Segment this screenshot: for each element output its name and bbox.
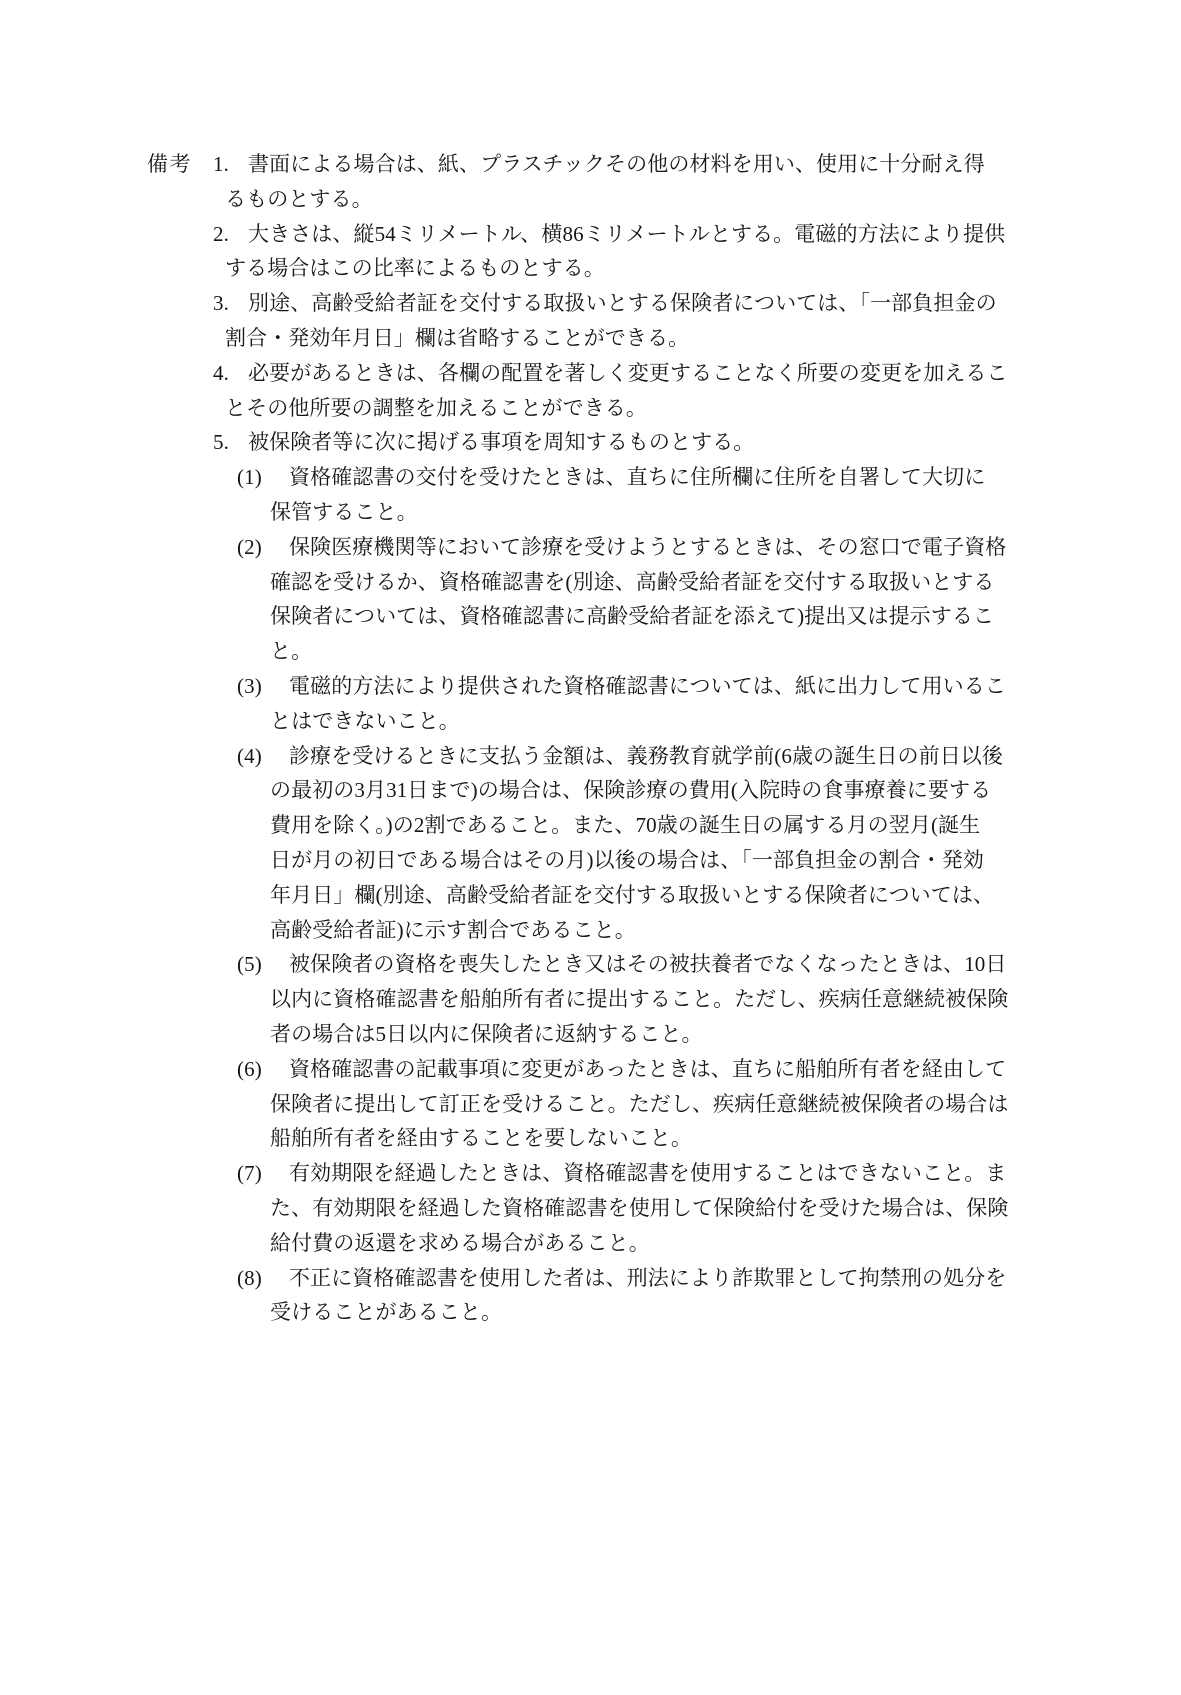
item-number: 3. [213,286,248,321]
item-number: 1. [213,147,248,182]
remark-subitem-8: (8)不正に資格確認書を使用した者は、刑法により詐欺罪として拘禁刑の処分を [237,1261,1181,1296]
text-line: 船舶所有者を経由することを要しないこと。 [270,1126,692,1150]
remark-subitem-4-cont: 高齢受給者証)に示す割合であること。 [270,913,1181,948]
remark-subitem-6: (6)資格確認書の記載事項に変更があったときは、直ちに船舶所有者を経由して [237,1052,1181,1087]
text-line: 割合・発効年月日」欄は省略することができる。 [225,326,689,350]
remark-subitem-2-cont: 保険者については、資格確認書に高齢受給者証を添えて)提出又は提示するこ [270,599,1181,634]
text-line: 別途、高齢受給者証を交付する取扱いとする保険者については、「一部負担金の [248,291,997,315]
text-line: 保険医療機関等において診療を受けようとするときは、その窓口で電子資格 [289,535,1006,559]
text-line: 資格確認書の交付を受けたときは、直ちに住所欄に住所を自署して大切に [289,465,985,489]
subitem-number: (3) [237,669,289,704]
remark-subitem-2-cont: と。 [270,634,1181,669]
text-line: 確認を受けるか、資格確認書を(別途、高齢受給者証を交付する取扱いとする [270,570,995,594]
text-line: 給付費の返還を求める場合があること。 [270,1231,650,1255]
text-line: とはできないこと。 [270,709,460,733]
text-line: 者の場合は5日以内に保険者に返納すること。 [270,1022,703,1046]
text-line: 不正に資格確認書を使用した者は、刑法により詐欺罪として拘禁刑の処分を [289,1266,1006,1290]
remarks-items: 1.書面による場合は、紙、プラスチックその他の材料を用い、使用に十分耐え得るもの… [0,147,1181,1330]
subitem-number: (5) [237,947,289,982]
remarks-label: 備考 [147,147,192,182]
remark-subitem-4-cont: 年月日」欄(別途、高齢受給者証を交付する取扱いとする保険者については、 [270,878,1181,913]
text-line: する場合はこの比率によるものとする。 [225,256,605,280]
remark-item-5: 5.被保険者等に次に掲げる事項を周知するものとする。 [213,425,1181,460]
remark-subitem-7: (7)有効期限を経過したときは、資格確認書を使用することはできないこと。ま [237,1156,1181,1191]
text-line: 書面による場合は、紙、プラスチックその他の材料を用い、使用に十分耐え得 [248,152,985,176]
text-line: 年月日」欄(別途、高齢受給者証を交付する取扱いとする保険者については、 [270,883,994,907]
remark-subitem-5: (5)被保険者の資格を喪失したとき又はその被扶養者でなくなったときは、10日 [237,947,1181,982]
subitem-number: (8) [237,1261,289,1296]
remark-subitem-6-cont: 船舶所有者を経由することを要しないこと。 [270,1121,1181,1156]
text-line: とその他所要の調整を加えることができる。 [225,396,647,420]
subitem-number: (7) [237,1156,289,1191]
remark-item-1-cont: るものとする。 [225,182,1181,217]
remark-item-2-cont: する場合はこの比率によるものとする。 [225,251,1181,286]
text-line: 必要があるときは、各欄の配置を著しく変更することなく所要の変更を加えるこ [248,361,1008,385]
text-line: と。 [270,639,312,663]
remark-subitem-4: (4)診療を受けるときに支払う金額は、義務教育就学前(6歳の誕生日の前日以後 [237,739,1181,774]
text-line: 保管すること。 [270,500,418,524]
text-line: 電磁的方法により提供された資格確認書については、紙に出力して用いるこ [289,674,1006,698]
remark-subitem-5-cont: 者の場合は5日以内に保険者に返納すること。 [270,1017,1181,1052]
remark-subitem-3-cont: とはできないこと。 [270,704,1181,739]
remark-subitem-7-cont: 給付費の返還を求める場合があること。 [270,1226,1181,1261]
subitem-number: (4) [237,739,289,774]
document-page: 備考 1.書面による場合は、紙、プラスチックその他の材料を用い、使用に十分耐え得… [0,0,1181,1695]
text-line: 日が月の初日である場合はその月)以後の場合は、「一部負担金の割合・発効 [270,848,984,872]
item-number: 2. [213,217,248,252]
item-number: 5. [213,425,248,460]
text-line: 以内に資格確認書を船舶所有者に提出すること。ただし、疾病任意継続被保険 [270,987,1009,1011]
remark-item-3: 3.別途、高齢受給者証を交付する取扱いとする保険者については、「一部負担金の [213,286,1181,321]
item-number: 4. [213,356,248,391]
remark-subitem-2: (2)保険医療機関等において診療を受けようとするときは、その窓口で電子資格 [237,530,1181,565]
remark-subitem-4-cont: の最初の3月31日まで)の場合は、保険診療の費用(入院時の食事療養に要する [270,773,1181,808]
subitem-number: (2) [237,530,289,565]
remark-item-4-cont: とその他所要の調整を加えることができる。 [225,391,1181,426]
subitem-number: (6) [237,1052,289,1087]
text-line: 診療を受けるときに支払う金額は、義務教育就学前(6歳の誕生日の前日以後 [289,744,1003,768]
text-line: るものとする。 [225,187,373,211]
remark-subitem-4-cont: 日が月の初日である場合はその月)以後の場合は、「一部負担金の割合・発効 [270,843,1181,878]
text-line: 費用を除く。)の2割であること。また、70歳の誕生日の属する月の翌月(誕生 [270,813,980,837]
remark-item-2: 2.大きさは、縦54ミリメートル、横86ミリメートルとする。電磁的方法により提供 [213,217,1181,252]
remark-subitem-3: (3)電磁的方法により提供された資格確認書については、紙に出力して用いるこ [237,669,1181,704]
remark-item-1: 1.書面による場合は、紙、プラスチックその他の材料を用い、使用に十分耐え得 [213,147,1181,182]
remark-subitem-1: (1)資格確認書の交付を受けたときは、直ちに住所欄に住所を自署して大切に [237,460,1181,495]
text-line: 資格確認書の記載事項に変更があったときは、直ちに船舶所有者を経由して [289,1057,1006,1081]
text-line: 受けることがあること。 [270,1300,502,1324]
text-line: 保険者に提出して訂正を受けること。ただし、疾病任意継続被保険者の場合は [270,1092,1009,1116]
text-line: 有効期限を経過したときは、資格確認書を使用することはできないこと。ま [289,1161,1006,1185]
text-line: 大きさは、縦54ミリメートル、横86ミリメートルとする。電磁的方法により提供 [248,222,1005,246]
remark-subitem-8-cont: 受けることがあること。 [270,1295,1181,1330]
text-line: 被保険者の資格を喪失したとき又はその被扶養者でなくなったときは、10日 [289,952,1007,976]
remark-subitem-6-cont: 保険者に提出して訂正を受けること。ただし、疾病任意継続被保険者の場合は [270,1087,1181,1122]
remark-item-3-cont: 割合・発効年月日」欄は省略することができる。 [225,321,1181,356]
remark-subitem-1-cont: 保管すること。 [270,495,1181,530]
text-line: た、有効期限を経過した資格確認書を使用して保険給付を受けた場合は、保険 [270,1196,1009,1220]
text-line: 保険者については、資格確認書に高齢受給者証を添えて)提出又は提示するこ [270,604,994,628]
remarks-block: 備考 1.書面による場合は、紙、プラスチックその他の材料を用い、使用に十分耐え得… [0,147,1181,1330]
remark-subitem-2-cont: 確認を受けるか、資格確認書を(別途、高齢受給者証を交付する取扱いとする [270,565,1181,600]
text-line: 高齢受給者証)に示す割合であること。 [270,918,636,942]
remark-subitem-5-cont: 以内に資格確認書を船舶所有者に提出すること。ただし、疾病任意継続被保険 [270,982,1181,1017]
subitem-number: (1) [237,460,289,495]
remark-item-4: 4.必要があるときは、各欄の配置を著しく変更することなく所要の変更を加えるこ [213,356,1181,391]
text-line: 被保険者等に次に掲げる事項を周知するものとする。 [248,430,754,454]
text-line: の最初の3月31日まで)の場合は、保険診療の費用(入院時の食事療養に要する [270,778,991,802]
remark-subitem-4-cont: 費用を除く。)の2割であること。また、70歳の誕生日の属する月の翌月(誕生 [270,808,1181,843]
remark-subitem-7-cont: た、有効期限を経過した資格確認書を使用して保険給付を受けた場合は、保険 [270,1191,1181,1226]
